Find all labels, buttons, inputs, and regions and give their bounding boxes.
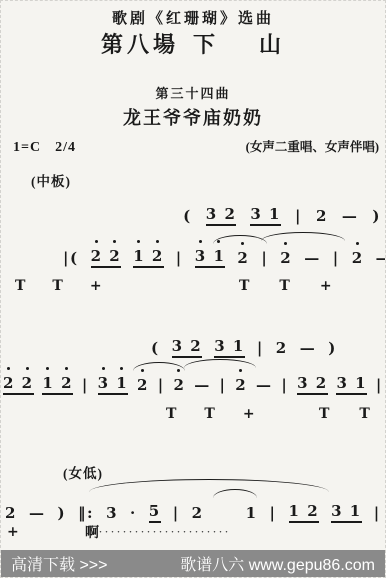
scene-word-1: 下: [193, 32, 219, 57]
octave-dot: [102, 367, 105, 370]
scene-title: 第八場下山: [1, 28, 385, 59]
octave-dot: [137, 240, 140, 243]
note-token: |: [270, 503, 277, 523]
note-token: |: [173, 503, 180, 523]
beat-markers-row2-right: TT: [319, 406, 370, 422]
note-token: 2: [280, 248, 292, 268]
key-signature: 1=C: [13, 140, 41, 155]
note-token: 3: [106, 503, 118, 523]
note-token: 1 2: [42, 373, 73, 395]
footer-bar: 高清下载 >>> 歌谱八六 www.gepu86.com: [1, 550, 385, 577]
note-token: 2: [316, 206, 328, 226]
note-token: |: [158, 375, 165, 395]
note-token: —: [29, 503, 46, 523]
note-token: |: [281, 375, 288, 395]
score-line-3: 2—)‖:3·5|21|1 23 1|2—|: [5, 501, 386, 523]
scene-number: 第八場: [101, 32, 179, 57]
octave-dot: [356, 242, 359, 245]
note-token: 2: [173, 375, 185, 395]
interlude-phrase-line: (3 23 1|2—): [151, 336, 337, 358]
beat-marker: T: [319, 406, 329, 422]
note-token: —: [304, 248, 321, 268]
octave-dot: [241, 242, 244, 245]
beat-marker: T: [239, 278, 249, 294]
note-token: 3 1: [250, 204, 281, 226]
note-token: 3 1: [336, 373, 367, 395]
octave-dot: [95, 240, 98, 243]
note-token: |: [220, 375, 227, 395]
series-title: 歌剧《红珊瑚》选曲: [1, 7, 385, 28]
note-token: 2 2: [3, 373, 34, 395]
beat-markers-row1-left: TT+: [15, 278, 102, 294]
note-token: 3 1: [214, 336, 245, 358]
note-token: ·: [130, 503, 137, 523]
note-token: —: [256, 375, 273, 395]
note-token: 3 1: [331, 501, 362, 523]
tempo-marking: (中板): [31, 170, 71, 190]
note-token: |: [333, 248, 340, 268]
lyric-word: 啊: [85, 526, 99, 541]
score-area: (3 23 1|2—) |(2 21 2|3 12|2—|2—| TT+ TT+…: [1, 196, 385, 552]
lyric-line: 啊······················: [85, 522, 231, 542]
tie-arc: [184, 359, 256, 368]
note-token: 5: [149, 501, 161, 523]
note-token: 3 2: [297, 373, 328, 395]
octave-dot: [156, 240, 159, 243]
intro-phrase-line: (3 23 1|2—): [183, 204, 381, 226]
octave-dot: [46, 367, 49, 370]
beat-markers-row2-mid: TT+: [166, 406, 255, 422]
octave-dot: [199, 240, 202, 243]
note-token: ): [57, 503, 66, 523]
octave-dot: [65, 367, 68, 370]
octave-dot: [7, 367, 10, 370]
note-token: 2: [137, 375, 149, 395]
note-token: (: [183, 206, 192, 226]
score-line-1: |(2 21 2|3 12|2—|2—|: [63, 246, 386, 268]
note-token: ): [328, 338, 337, 358]
note-token: |: [374, 503, 381, 523]
note-token: —: [376, 248, 386, 268]
note-token: —: [194, 375, 211, 395]
note-token: ‖:: [78, 503, 94, 523]
note-token: 3 1: [98, 373, 129, 395]
note-token: |: [82, 375, 89, 395]
note-token: 3 1: [195, 246, 226, 268]
note-token: 2: [276, 338, 288, 358]
phrase-slur-arc: [89, 479, 329, 492]
site-link[interactable]: 歌谱八六 www.gepu86.com: [180, 552, 375, 575]
note-token: |: [295, 206, 302, 226]
note-token: 3 2: [172, 336, 203, 358]
octave-dot: [26, 367, 29, 370]
low-voice-label: (女低): [63, 462, 103, 482]
note-token: ): [372, 206, 381, 226]
scene-word-2: 山: [259, 32, 285, 57]
note-token: |: [376, 375, 383, 395]
beat-marker: T: [15, 278, 25, 294]
note-token: 2: [192, 503, 204, 523]
beat-marker: T: [359, 406, 369, 422]
note-token: 2: [352, 248, 364, 268]
note-token: —: [342, 206, 359, 226]
voice-parts-label: (女声二重唱、女声伴唱): [246, 137, 379, 155]
note-token: |: [261, 248, 268, 268]
beat-marker: T: [279, 278, 289, 294]
note-token: |: [176, 248, 183, 268]
octave-dot: [284, 242, 287, 245]
octave-dot: [141, 369, 144, 372]
beat-marker: T: [52, 278, 62, 294]
beat-marker: T: [166, 406, 176, 422]
meta-row: 1=C2/4 (女声二重唱、女声伴唱): [13, 137, 379, 156]
octave-dot: [120, 367, 123, 370]
sheet-music-page: 歌剧《红珊瑚》选曲 第八場下山 第三十四曲 龙王爷爷庙奶奶 1=C2/4 (女声…: [0, 0, 386, 578]
tie-arc: [261, 232, 345, 241]
note-token: 3 2: [206, 204, 237, 226]
tie-arc: [213, 235, 267, 244]
beat-marker: T: [204, 406, 214, 422]
note-token: 2 2: [91, 246, 122, 268]
beat-marker-plus: +: [7, 524, 19, 540]
beat-markers-row1-right: TT+: [239, 278, 332, 294]
note-token: —: [300, 338, 317, 358]
note-token: |(: [63, 248, 79, 268]
note-token: 1: [246, 503, 258, 523]
note-token: |: [257, 338, 264, 358]
octave-dot: [239, 369, 242, 372]
beat-marker: +: [90, 278, 102, 294]
note-token: 1 2: [133, 246, 164, 268]
note-token: (: [151, 338, 160, 358]
hd-download-link[interactable]: 高清下载 >>>: [11, 552, 107, 575]
song-title: 龙王爷爷庙奶奶: [1, 104, 385, 130]
note-token: 2: [235, 375, 247, 395]
note-token: 2: [5, 503, 17, 523]
note-token: 1 2: [289, 501, 320, 523]
lyric-extender-dots: ······················: [99, 527, 231, 537]
note-token: 2: [237, 248, 249, 268]
piece-number: 第三十四曲: [1, 83, 385, 102]
score-line-2: 2 21 2|3 12|2—|2—|3 23 1|: [3, 373, 383, 395]
octave-dot: [113, 240, 116, 243]
beat-marker: +: [243, 406, 255, 422]
key-time-signature: 1=C2/4: [13, 140, 76, 156]
time-signature: 2/4: [55, 140, 76, 155]
beat-marker: +: [320, 278, 332, 294]
